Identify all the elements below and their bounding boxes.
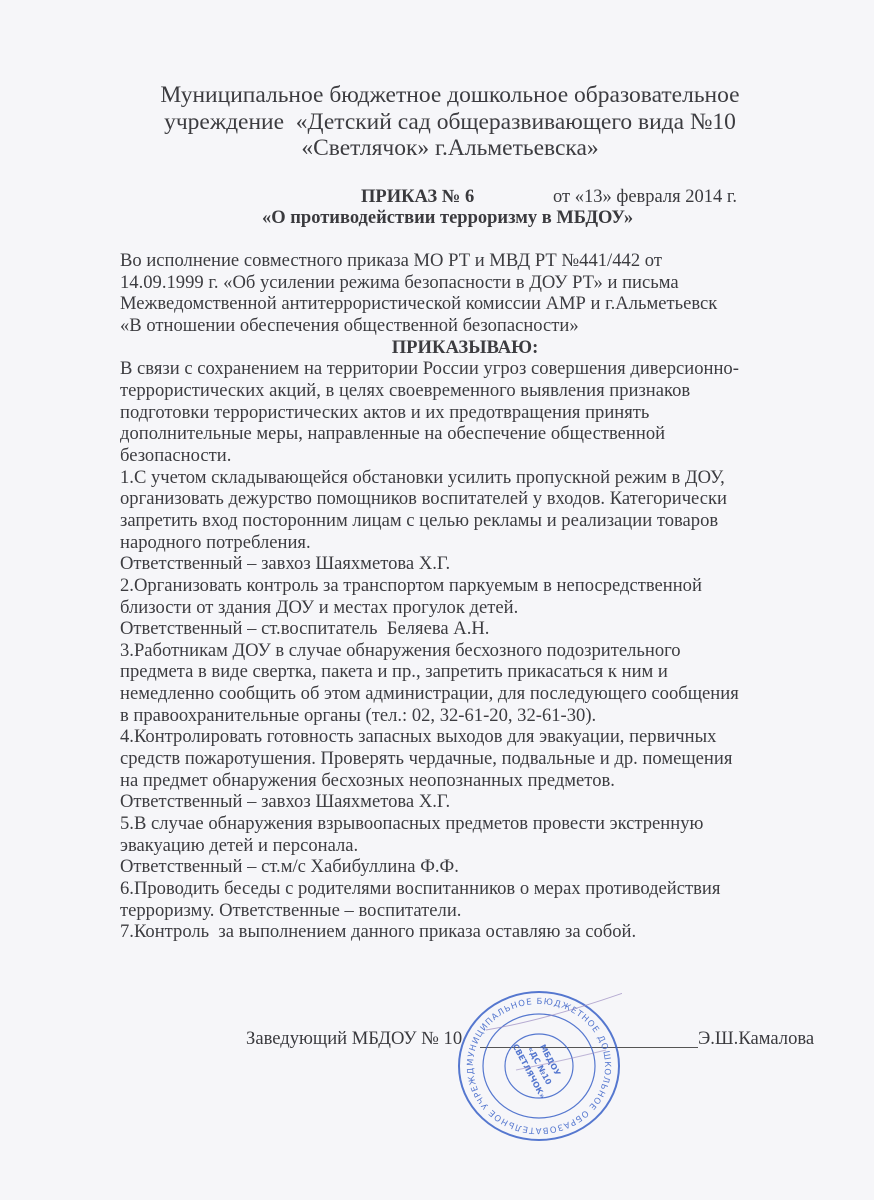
org-line: Муниципальное бюджетное дошкольное образ… [120, 82, 780, 109]
responsible-line: Ответственный – завхоз Шаяхметова Х.Г. [120, 791, 800, 813]
org-line: учреждение «Детский сад общеразвивающего… [120, 109, 780, 136]
item-1: 1.С учетом складывающейся обстановки уси… [120, 467, 800, 489]
item-3: 3.Работникам ДОУ в случае обнаружения бе… [120, 640, 800, 662]
body-line: предмета в виде свертка, пакета и пр., з… [120, 661, 800, 683]
body-line: терроризму. Ответственные – воспитатели. [120, 900, 800, 922]
order-number: ПРИКАЗ № 6 [361, 186, 474, 208]
body-line: террористических акций, в целях своеврем… [120, 380, 800, 402]
responsible-line: Ответственный – ст.м/с Хабибуллина Ф.Ф. [120, 856, 800, 878]
item-5: 5.В случае обнаружения взрывоопасных пре… [120, 813, 800, 835]
responsible-line: Ответственный – завхоз Шаяхметова Х.Г. [120, 553, 800, 575]
body-line: немедленно сообщить об этом администраци… [120, 683, 800, 705]
preamble-line: Межведомственной антитеррористической ко… [120, 293, 800, 315]
official-stamp-icon: МУНИЦИПАЛЬНОЕ БЮДЖЕТНОЕ ДОШКОЛЬНОЕ ОБРАЗ… [456, 990, 622, 1142]
body-line: безопасности. [120, 445, 800, 467]
organization-header: Муниципальное бюджетное дошкольное образ… [120, 82, 780, 162]
body-line: эвакуацию детей и персонала. [120, 835, 800, 857]
signatory-name: Э.Ш.Камалова [698, 1028, 814, 1050]
item-7: 7.Контроль за выполнением данного приказ… [120, 921, 800, 943]
body-line: народного потребления. [120, 532, 800, 554]
body-line: подготовки террористических актов и их п… [120, 402, 800, 424]
org-line: «Светлячок» г.Альметьевска» [120, 135, 780, 162]
body-line: дополнительные меры, направленные на обе… [120, 423, 800, 445]
responsible-line: Ответственный – ст.воспитатель Беляева А… [120, 618, 800, 640]
preamble-line: Во исполнение совместного приказа МО РТ … [120, 250, 800, 272]
preamble-line: 14.09.1999 г. «Об усилении режима безопа… [120, 272, 800, 294]
order-subject: «О противодействии терроризму в МБДОУ» [262, 207, 633, 229]
item-4: 4.Контролировать готовность запасных вых… [120, 726, 800, 748]
signatory-title: Заведующий МБДОУ № 10 [246, 1028, 462, 1050]
body-line: запретить вход посторонним лицам с целью… [120, 510, 800, 532]
body-line: на предмет обнаружения бесхозных неопозн… [120, 770, 800, 792]
body-line: средств пожаротушения. Проверять чердачн… [120, 748, 800, 770]
item-6: 6.Проводить беседы с родителями воспитан… [120, 878, 800, 900]
decree-heading: ПРИКАЗЫВАЮ: [120, 337, 800, 359]
body-line: в правоохранительные органы (тел.: 02, 3… [120, 705, 800, 727]
body-line: организовать дежурство помощников воспит… [120, 488, 800, 510]
order-date: от «13» февраля 2014 г. [553, 186, 737, 208]
preamble-line: «В отношении обеспечения общественной бе… [120, 315, 800, 337]
document-page: Муниципальное бюджетное дошкольное образ… [0, 0, 874, 1200]
body-line: В связи с сохранением на территории Росс… [120, 358, 800, 380]
item-2: 2.Организовать контроль за транспортом п… [120, 575, 800, 597]
body-line: близости от здания ДОУ и местах прогулок… [120, 597, 800, 619]
order-body: Во исполнение совместного приказа МО РТ … [120, 250, 800, 943]
